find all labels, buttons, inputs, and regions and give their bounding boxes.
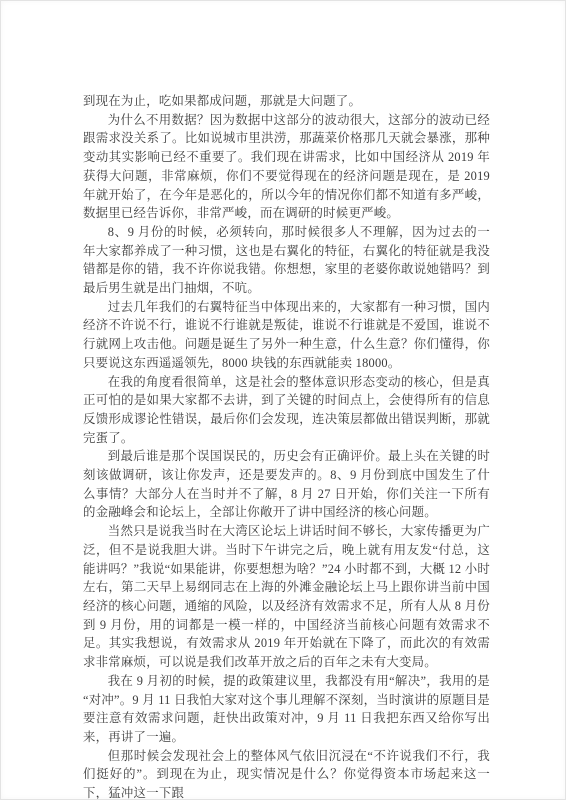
paragraph: 为什么不用数据？因为数据中这部分的波动很大，这部分的波动已经跟需求没关系了。比如…: [83, 111, 490, 223]
paragraph: 在我的角度看很简单，这是社会的整体意识形态变动的核心，但是真正可怕的是如果大家都…: [83, 373, 490, 448]
paragraph: 我在 9 月初的时候，提的政策建议里，我都没有用“解决”，我用的是“对冲”。9 …: [83, 672, 490, 747]
paragraph: 到现在为止，吃如果都成问题，那就是大问题了。: [83, 92, 490, 111]
paragraph: 但那时候会发现社会上的整体风气依旧沉浸在“不许说我们不行，我们挺好的”。到现在为…: [83, 747, 490, 800]
paragraph: 到最后谁是那个误国误民的，历史会有正确评价。最上头在关键的时刻该做调研，该让你发…: [83, 447, 490, 522]
paragraph: 8、9 月份的时候，必须转向，那时候很多人不理解，因为过去的一年大家都养成了一种…: [83, 223, 490, 298]
document-page: 到现在为止，吃如果都成问题，那就是大问题了。为什么不用数据？因为数据中这部分的波…: [0, 0, 566, 800]
paragraph: 当然只是说我当时在大湾区论坛上讲话时间不够长，大家传播更为广泛，但不是说我胆大讲…: [83, 522, 490, 672]
paragraph: 过去几年我们的右翼特征当中体现出来的，大家都有一种习惯，国内经济不许说不行，谁说…: [83, 298, 490, 373]
document-body: 到现在为止，吃如果都成问题，那就是大问题了。为什么不用数据？因为数据中这部分的波…: [83, 92, 490, 800]
